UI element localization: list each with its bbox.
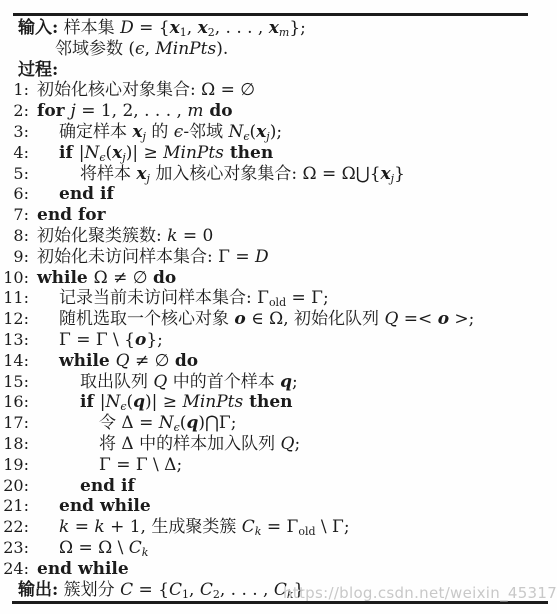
text-run: q [280,372,292,392]
text-run: old [298,525,315,538]
text-run: end while [59,496,151,516]
text-run: end for [37,205,106,225]
line-text: end if [80,476,135,497]
text-run: q [133,392,145,412]
text-run: 初始化队列 [294,309,384,329]
text-run: 确定样本 [59,122,132,142]
line-number: 22: [0,517,29,538]
text-run: C [120,580,133,600]
text-run: do [203,101,232,121]
text-run: 输入: [18,18,58,38]
text-run: 2 [213,588,220,601]
line-text: Γ = Γ \ {o}; [59,330,163,351]
line-number: 15: [0,372,29,393]
text-run: + 1, [105,517,152,537]
text-run: x [256,122,266,142]
text-run: q [186,413,198,433]
algo-line: 7:end for [0,205,557,226]
text-run: 初始化核心对象集合: [37,80,201,100]
algorithm-page: 输入: 样本集 D = {x1, x2, . . . , xm};邻域参数 (ϵ… [0,0,557,614]
text-run: MinPts [182,392,243,412]
text-run: -邻域 [183,122,228,142]
text-run: )| ≥ [145,392,182,412]
line-text: 邻域参数 (ϵ, MinPts). [55,39,228,60]
text-run: , [189,580,200,600]
line-text: end while [59,496,151,517]
algorithm-body: 输入: 样本集 D = {x1, x2, . . . , xm};邻域参数 (ϵ… [0,18,557,600]
text-run: >; [449,309,474,329]
text-run: Δ = [121,413,158,433]
text-run: , . . . , [220,580,274,600]
text-run: 1 [180,26,187,39]
text-run: x [381,164,391,184]
text-run: } [394,164,405,184]
text-run: 邻域参数 ( [55,39,135,59]
text-run: =< [398,309,437,329]
text-run: C [169,580,182,600]
text-run: x [170,18,180,38]
text-run: 中的首个样本 [167,372,280,392]
text-run: end if [80,476,135,496]
text-run: D [120,18,134,38]
text-run: ; [294,434,300,454]
text-run: D [255,247,269,267]
text-run: = { [134,18,170,38]
text-run: 2 [208,26,215,39]
algo-line: 14:while Q ≠ ∅ do [0,351,557,372]
algo-line: 11:记录当前未访问样本集合: Γold = Γ; [0,288,557,309]
algo-line: 过程: [0,60,557,81]
text-run: 过程: [18,60,58,80]
text-run: while [59,351,116,371]
csdn-watermark: https://blog.csdn.net/weixin_45317919 [283,584,557,602]
text-run: 将 Δ 中的样本加入队列 [99,434,281,454]
line-text: 取出队列 Q 中的首个样本 q; [80,372,298,393]
line-text: 将 Δ 中的样本加入队列 Q; [99,434,300,455]
text-run: Q [281,434,295,454]
text-run: x [269,18,279,38]
text-run: x [112,143,122,163]
text-run: C [129,538,142,558]
line-text: end while [37,559,129,580]
text-run: k [167,226,177,246]
text-run: k [59,517,69,537]
text-run: \ Γ; [316,517,350,537]
line-number: 14: [0,351,29,372]
text-run: for [37,101,71,121]
text-run: N [159,413,174,433]
text-run: ϵ [135,39,145,59]
algo-line: 15:取出队列 Q 中的首个样本 q; [0,372,557,393]
text-run: 输出: [18,580,58,600]
text-run: = Γ [261,517,298,537]
text-run: then [243,392,292,412]
line-text: while Q ≠ ∅ do [59,351,198,372]
line-text: 初始化未访问样本集合: Γ = D [37,247,269,268]
text-run: o [135,330,146,350]
text-run: ϵ [174,122,184,142]
line-text: for j = 1, 2, . . . , m do [37,101,233,122]
line-number: 20: [0,476,29,497]
text-run: then [224,143,273,163]
line-number: 1: [0,80,29,101]
top-rule [13,13,528,16]
text-run: 加入核心对象集合: [150,164,303,184]
algo-line: 1:初始化核心对象集合: Ω = ∅ [0,80,557,101]
algo-line: 3:确定样本 xj 的 ϵ-邻域 Nϵ(xj); [0,122,557,143]
line-number: 19: [0,455,29,476]
line-text: end for [37,205,106,226]
line-text: 初始化聚类簇数: k = 0 [37,226,213,247]
line-number: 21: [0,496,29,517]
algo-line: 5:将样本 xj 加入核心对象集合: Ω = Ω⋃{xj} [0,164,557,185]
text-run: )| ≥ [126,143,163,163]
text-run: do [175,351,198,371]
text-run: Ω ≠ ∅ [94,268,153,288]
text-run: Q [153,372,167,392]
text-run: = { [133,580,169,600]
algo-line: 2:for j = 1, 2, . . . , m do [0,101,557,122]
text-run: old [269,296,286,309]
text-run: Ω = Ω⋃{ [303,164,381,184]
line-number: 18: [0,434,29,455]
text-run: Γ = [218,247,255,267]
text-run: N [105,392,120,412]
algo-line: 19:Γ = Γ \ Δ; [0,455,557,476]
text-run: = [69,517,94,537]
text-run: N [228,122,243,142]
text-run: o [438,309,449,329]
text-run: 生成聚类簇 [151,517,241,537]
line-number: 4: [0,143,29,164]
text-run: ≠ ∅ [130,351,175,371]
algo-line: 输入: 样本集 D = {x1, x2, . . . , xm}; [0,18,557,39]
text-run: = Γ; [286,288,329,308]
line-number: 6: [0,184,29,205]
text-run: 将样本 [80,164,136,184]
text-run: MinPts [163,143,224,163]
text-run: , . . . , [215,18,269,38]
line-text: 过程: [18,60,58,81]
line-number: 17: [0,413,29,434]
line-number: 12: [0,309,29,330]
text-run: Γ = Γ \ { [59,330,135,350]
algo-line: 18:将 Δ 中的样本加入队列 Q; [0,434,557,455]
algo-line: 24:end while [0,559,557,580]
algo-line: 10:while Ω ≠ ∅ do [0,268,557,289]
text-run: 1 [182,588,189,601]
text-run: o [234,309,245,329]
line-text: Γ = Γ \ Δ; [99,455,182,476]
line-text: 初始化核心对象集合: Ω = ∅ [37,80,255,101]
text-run: 的 [146,122,174,142]
line-number: 24: [0,559,29,580]
line-number: 2: [0,101,29,122]
line-number: 10: [0,268,29,289]
text-run: , [145,39,156,59]
algo-line: 12:随机选取一个核心对象 o ∈ Ω, 初始化队列 Q =< o >; [0,309,557,330]
line-number: 9: [0,247,29,268]
line-number: 11: [0,288,29,309]
text-run: 取出队列 [80,372,153,392]
line-number: 7: [0,205,29,226]
line-text: 随机选取一个核心对象 o ∈ Ω, 初始化队列 Q =< o >; [59,309,474,330]
text-run: ); [270,122,282,142]
text-run: }; [146,330,163,350]
algo-line: 21:end while [0,496,557,517]
text-run: x [198,18,208,38]
text-run: ∈ Ω, [246,309,294,329]
text-run: = 1, 2, . . . , [76,101,188,121]
text-run: MinPts [155,39,216,59]
text-run: m [279,26,289,39]
text-run: Γ = Γ \ Δ; [99,455,182,475]
line-number: 13: [0,330,29,351]
text-run: 样本集 [58,18,120,38]
text-run: do [153,268,176,288]
line-text: end if [59,184,114,205]
algo-line: 8:初始化聚类簇数: k = 0 [0,226,557,247]
line-text: 将样本 xj 加入核心对象集合: Ω = Ω⋃{xj} [80,164,405,190]
text-run: , [187,18,198,38]
text-run: = 0 [177,226,213,246]
algo-line: 13:Γ = Γ \ {o}; [0,330,557,351]
text-run: 随机选取一个核心对象 [59,309,234,329]
algo-line: 20:end if [0,476,557,497]
text-run: while [37,268,94,288]
line-number: 16: [0,392,29,413]
text-run: 初始化聚类簇数: [37,226,167,246]
text-run: C [200,580,213,600]
algo-line: 9:初始化未访问样本集合: Γ = D [0,247,557,268]
line-text: while Ω ≠ ∅ do [37,268,176,289]
text-run: C [242,517,255,537]
text-run: Ω = Ω \ [59,538,129,558]
text-run: end if [59,184,114,204]
text-run: 簇划分 [58,580,120,600]
text-run: ; [292,372,298,392]
text-run: if [80,392,100,412]
line-number: 23: [0,538,29,559]
text-run: Ω = ∅ [201,80,255,100]
text-run: k [142,546,149,559]
algo-line: 16:if |Nϵ(q)| ≥ MinPts then [0,392,557,413]
text-run: 令 [99,413,121,433]
text-run: x [136,164,146,184]
text-run: if [59,143,79,163]
text-run: Γ [257,288,269,308]
text-run: 记录当前未访问样本集合: [59,288,257,308]
text-run: }; [289,18,306,38]
text-run: m [187,101,203,121]
text-run: Q [384,309,398,329]
line-number: 3: [0,122,29,143]
text-run: N [84,143,99,163]
line-number: 8: [0,226,29,247]
text-run: x [132,122,142,142]
line-number: 5: [0,164,29,185]
algo-line: 22:k = k + 1, 生成聚类簇 Ck = Γold \ Γ; [0,517,557,538]
text-run: 初始化未访问样本集合: [37,247,218,267]
text-run: end while [37,559,129,579]
text-run: k [94,517,104,537]
text-run: ). [216,39,228,59]
text-run: Q [116,351,130,371]
text-run: )⋂Γ; [198,413,236,433]
